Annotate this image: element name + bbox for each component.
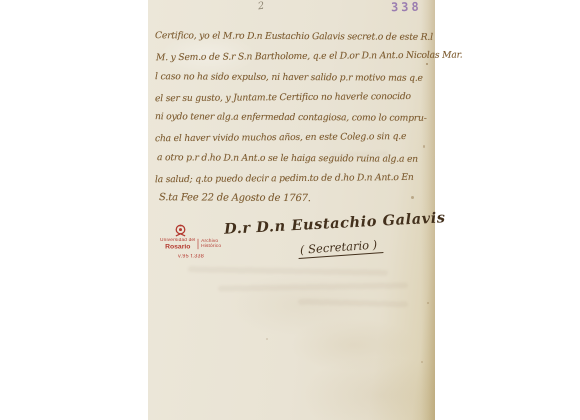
manuscript-line: cha el haver vivido muchos años, en este… (155, 130, 431, 153)
signature-title: ( Secretario ) (298, 237, 384, 259)
stamp-unit: Archivo Histórico (201, 239, 221, 249)
manuscript-line: la salud; q.to puedo decir a pedim.to de… (155, 171, 431, 194)
stamp-reference: v.95 f.338 (178, 254, 234, 259)
manuscript-line: el ser su gusto, y Juntam.te Certifico n… (155, 90, 431, 113)
handwritten-text-block: Certifico, yo el M.ro D.n Eustachio Gala… (155, 30, 431, 213)
stamp-institution: Universidad del Rosario (160, 238, 195, 249)
manuscript-line: l caso no ha sido expulso, ni haver sali… (155, 70, 431, 92)
archive-stamp-text: Universidad del Rosario Archivo Históric… (160, 238, 224, 249)
stamp-unit-line2: Histórico (201, 244, 221, 249)
stamp-institution-line2: Rosario (160, 243, 195, 249)
paper-speck (266, 338, 268, 340)
signature-name: D.r D.n Eustachio Galavis (224, 209, 446, 238)
manuscript-line: ni oydo tener alg.a enfermedad contagios… (155, 110, 431, 132)
paper-speck (421, 361, 423, 363)
folio-number-stamp: 338 (391, 0, 422, 14)
manuscript-line: Certifico, yo el M.ro D.n Eustachio Gala… (155, 29, 431, 51)
paper-speck (427, 302, 429, 304)
scan-background: 2 338 Certifico, yo el M.ro D.n Eustachi… (0, 0, 580, 420)
manuscript-page: 2 338 Certifico, yo el M.ro D.n Eustachi… (148, 0, 435, 420)
manuscript-line: S.ta Fee 22 de Agosto de 1767. (155, 192, 431, 214)
rosario-crest-icon (174, 224, 187, 237)
verso-bleedthrough (298, 299, 408, 308)
manuscript-line: a otro p.r d.ho D.n Ant.o se le haiga se… (155, 151, 431, 173)
pencil-page-mark: 2 (257, 1, 265, 13)
stamp-divider (198, 238, 199, 248)
verso-bleedthrough (218, 282, 408, 291)
verso-bleedthrough (188, 266, 388, 275)
manuscript-line: M. y Sem.o de S.r S.n Bartholome, q.e el… (155, 49, 431, 72)
